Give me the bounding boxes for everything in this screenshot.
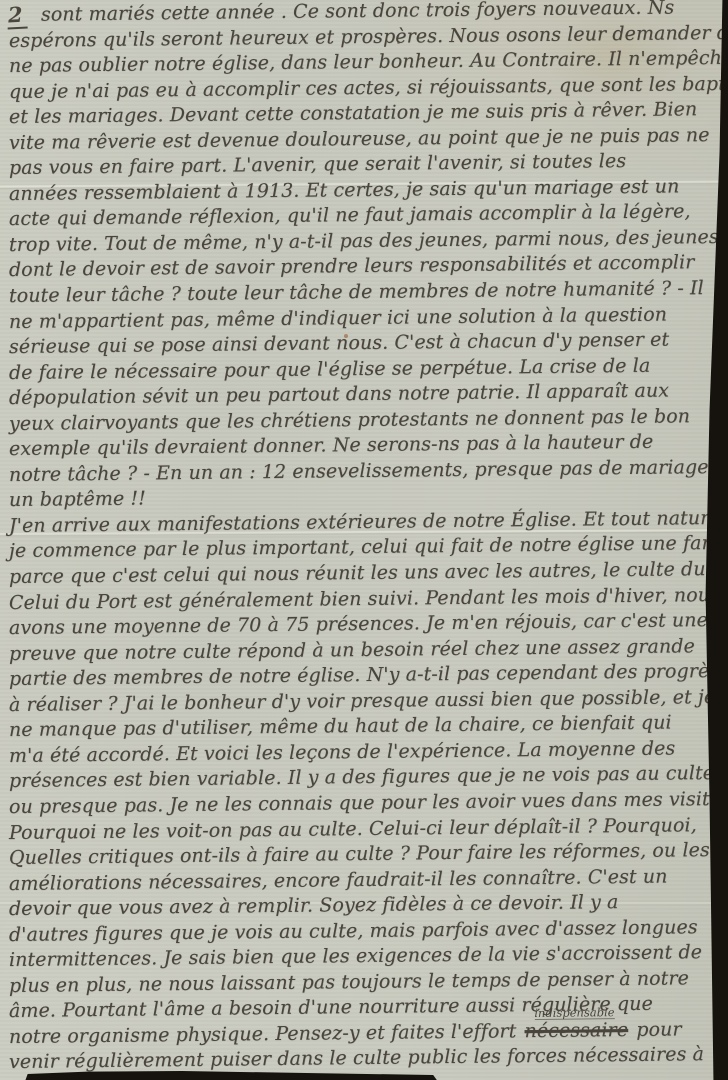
page-number: 2 xyxy=(6,2,27,30)
manuscript-page: 2 sont mariés cette année . Ce sont donc… xyxy=(0,0,728,1080)
line-text: pour xyxy=(630,1018,682,1041)
struck-word: nécessaire xyxy=(524,1019,628,1042)
manuscript-text: sont mariés cette année . Ce sont donc t… xyxy=(9,2,725,1075)
edit-annotation: indispensablenécessaire xyxy=(524,1017,628,1044)
inserted-word: indispensable xyxy=(534,1007,614,1020)
